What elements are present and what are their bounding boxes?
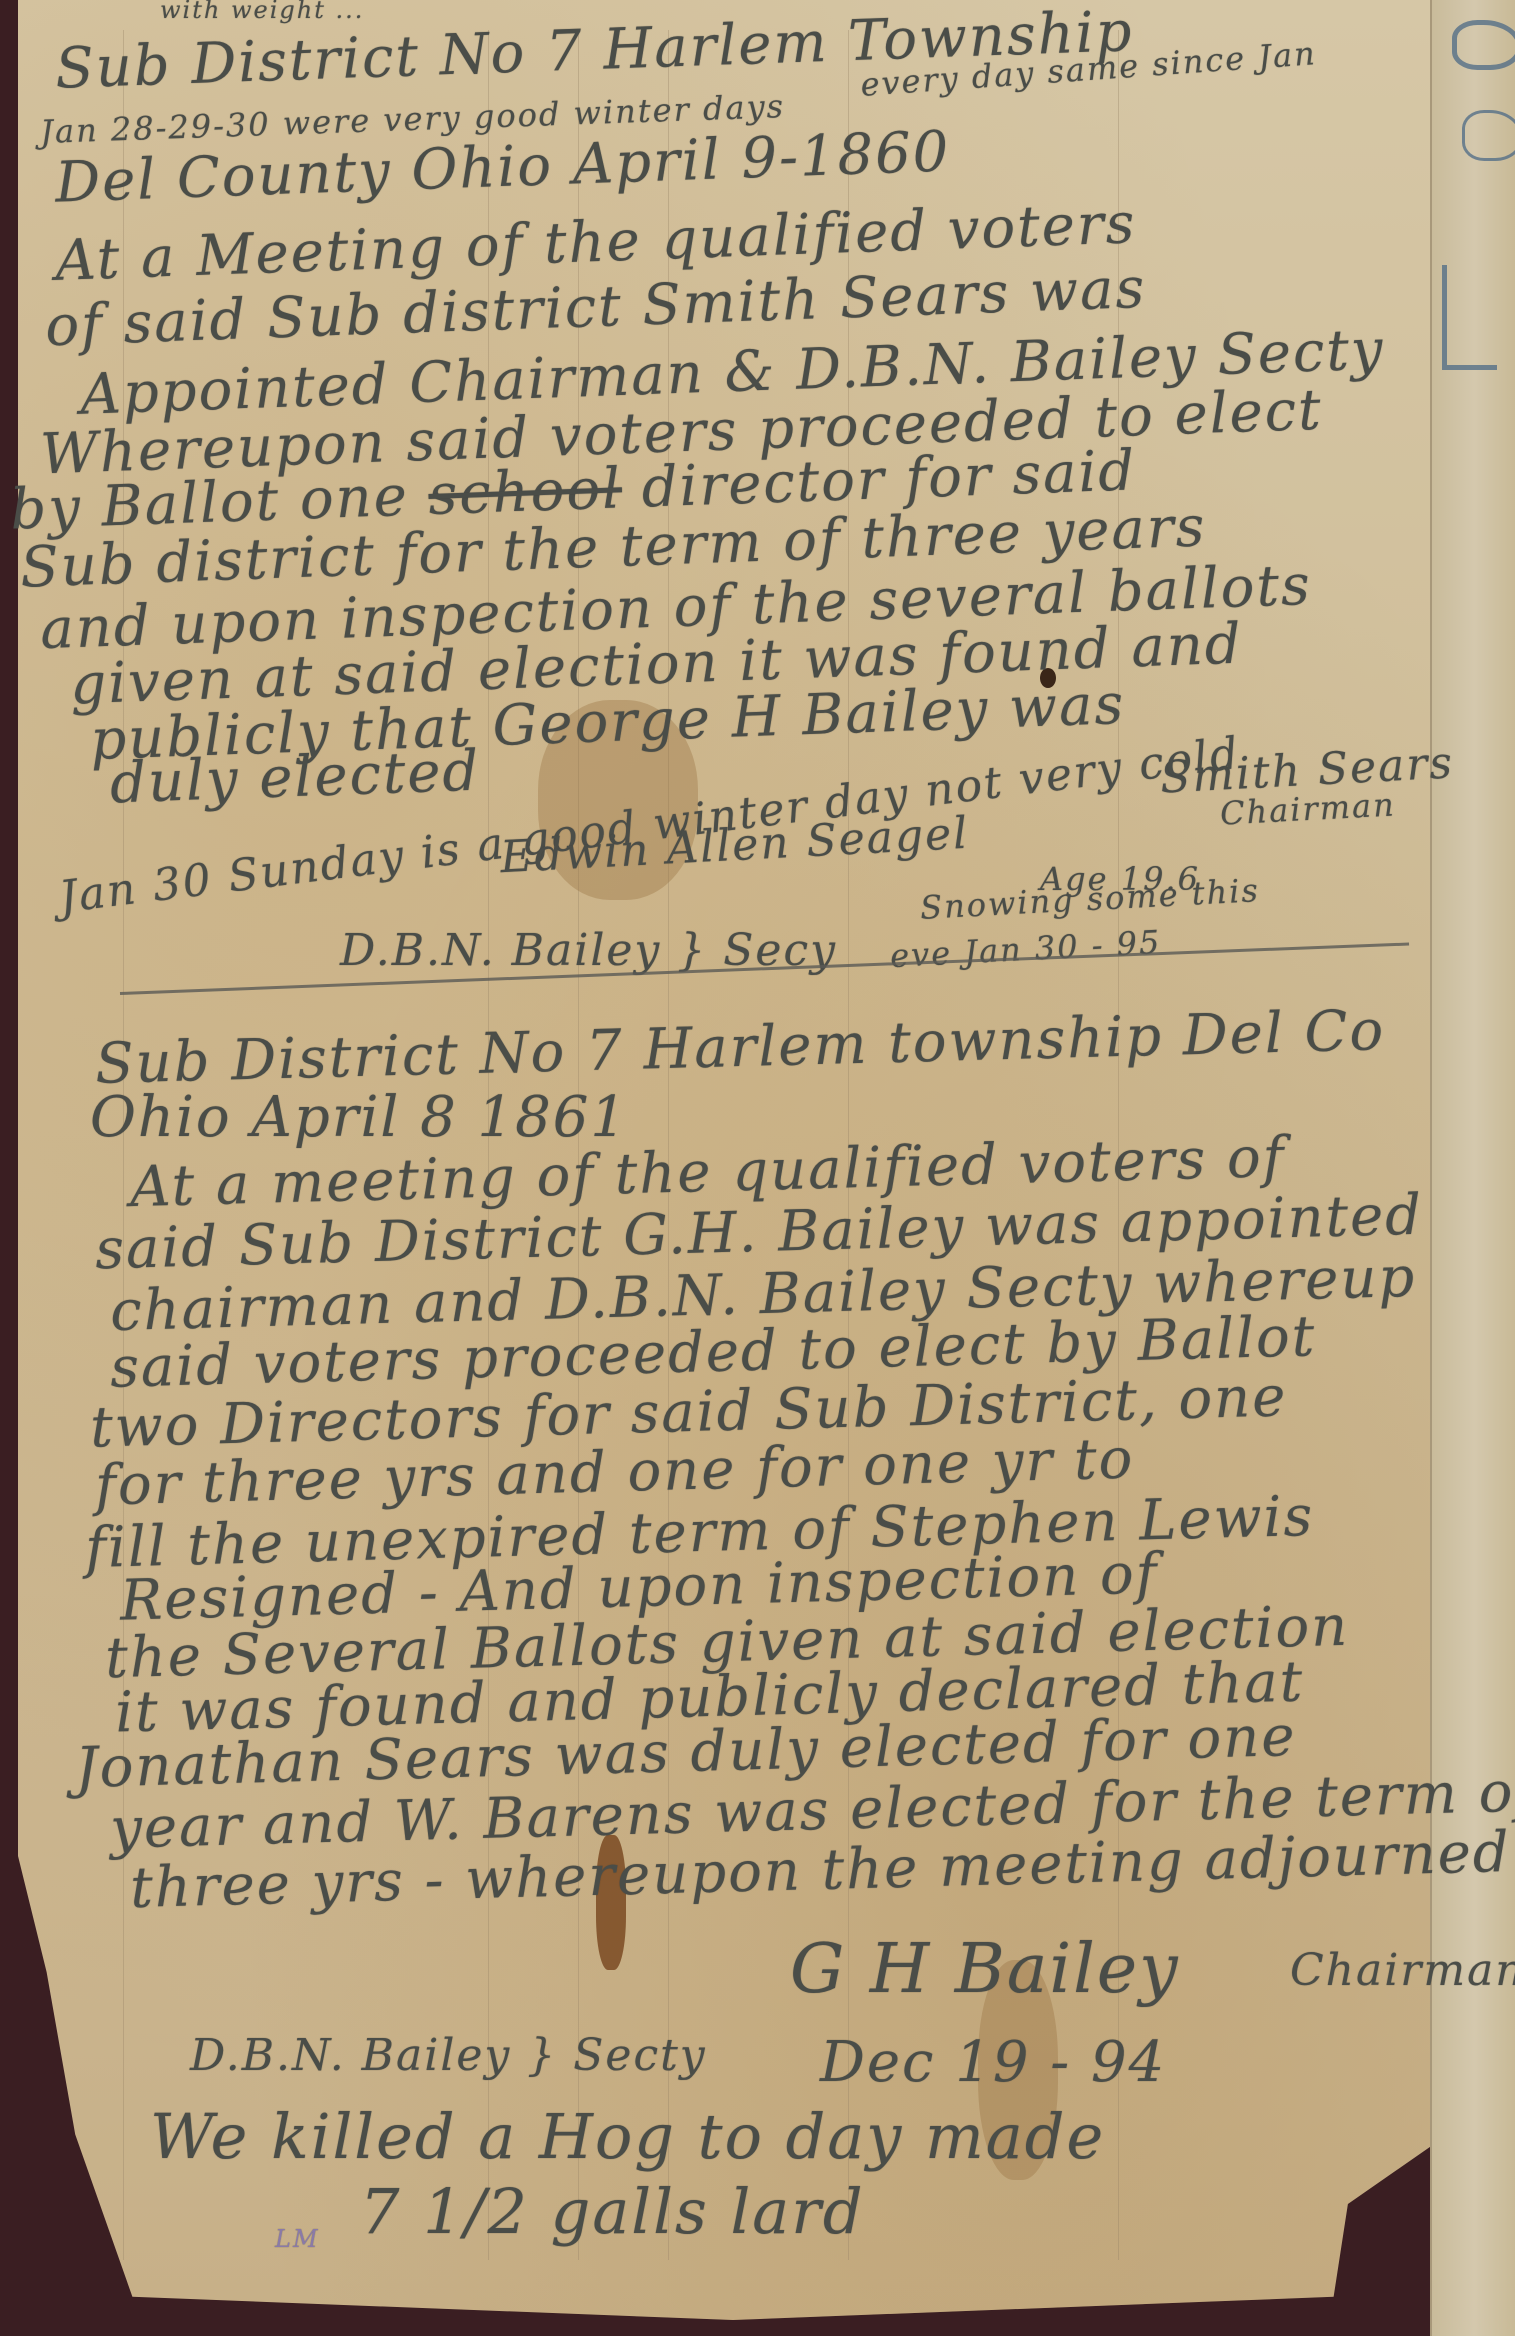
blue-scribble [1452,20,1515,70]
record-1861-line: Ohio April 8 1861 [90,1085,628,1150]
secretary-title: Secty [573,2030,706,2081]
chairman-title-1861: Chairman [1290,1945,1515,1996]
bottom-note-line: We killed a Hog to day made [150,2100,1105,2173]
chairman-signature-1861: G H Bailey [790,1930,1180,2009]
pencil-mark: LM [275,2225,320,2253]
top-fragment: with weight ... [160,0,364,24]
secretary-name: D.B.N. Bailey [340,925,661,976]
secretary-name: D.B.N. Bailey [190,2030,511,2081]
blue-bracket [1442,265,1497,370]
bottom-note-date: Dec 19 - 94 [820,2030,1166,2095]
record-1860-line: duly elected [109,739,481,817]
secretary-1861: D.B.N. Bailey } Secty [190,2030,707,2081]
blue-scribble [1462,110,1515,161]
bottom-note-line: 7 1/2 galls lard [360,2175,865,2248]
